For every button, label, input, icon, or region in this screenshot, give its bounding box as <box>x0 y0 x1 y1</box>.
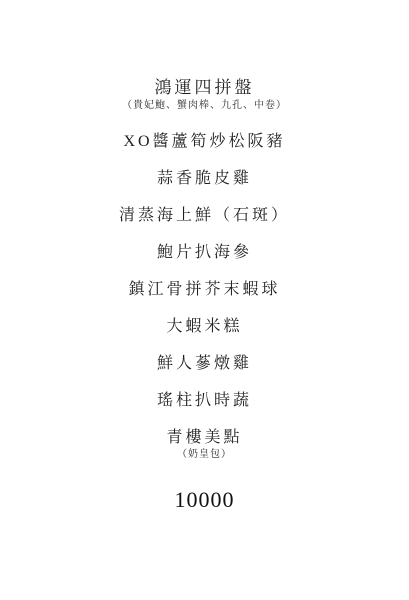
dish-item: 蒜香脆皮雞 <box>0 170 409 187</box>
dish-item: 瑤柱扒時蔬 <box>0 392 409 409</box>
price-label: 10000 <box>0 488 409 512</box>
menu-title-note: （貴妃鮑、蟹肉棒、九孔、中卷） <box>0 100 409 112</box>
menu-title: 鴻運四拼盤 <box>0 79 409 97</box>
banquet-menu-page: 鴻運四拼盤 （貴妃鮑、蟹肉棒、九孔、中卷） XO醬蘆筍炒松阪豬 蒜香脆皮雞 清蒸… <box>0 0 409 600</box>
dish-item: 青樓美點 <box>0 429 409 446</box>
menu-content: 鴻運四拼盤 （貴妃鮑、蟹肉棒、九孔、中卷） XO醬蘆筍炒松阪豬 蒜香脆皮雞 清蒸… <box>0 0 409 512</box>
dish-item: XO醬蘆筍炒松阪豬 <box>0 133 409 150</box>
dish-item: 鮑片扒海參 <box>0 244 409 261</box>
dish-item: 大蝦米糕 <box>0 318 409 335</box>
dish-item: 清蒸海上鮮（石斑） <box>0 207 409 224</box>
dish-list: XO醬蘆筍炒松阪豬 蒜香脆皮雞 清蒸海上鮮（石斑） 鮑片扒海參 鎮江骨拼芥末蝦球… <box>0 133 409 446</box>
dessert-note: （奶皇包） <box>0 449 409 461</box>
dish-item: 鎮江骨拼芥末蝦球 <box>0 281 409 298</box>
dish-item: 鮮人蔘燉雞 <box>0 355 409 372</box>
